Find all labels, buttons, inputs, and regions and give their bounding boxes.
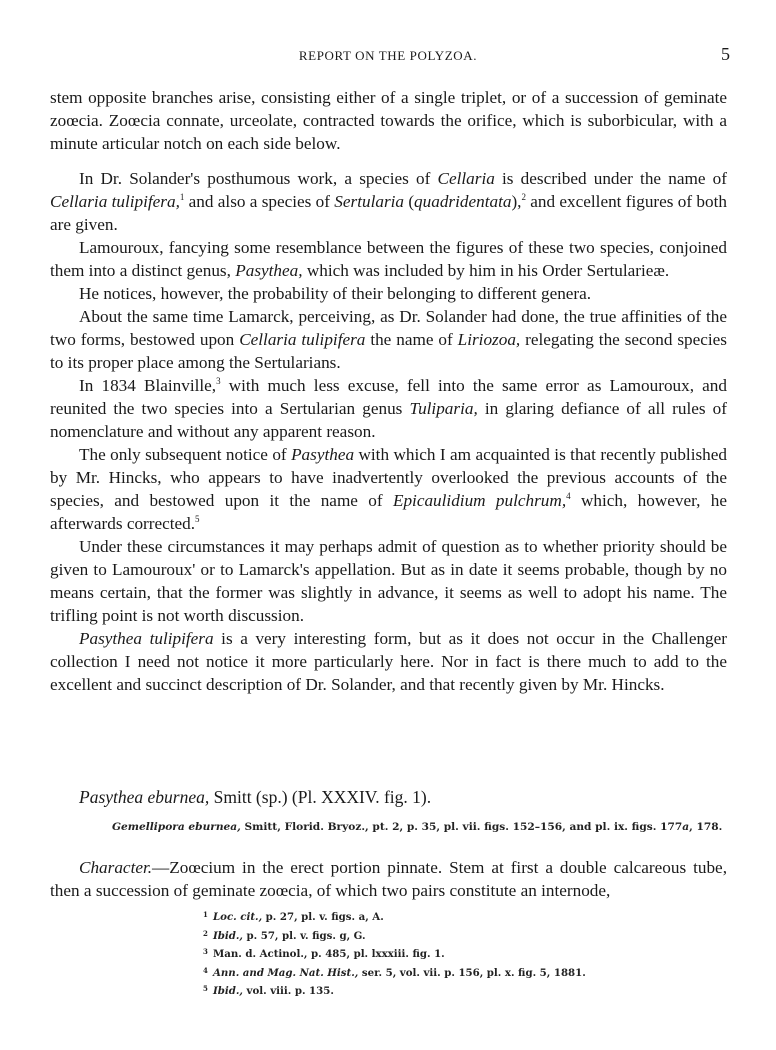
paragraph-solander: In Dr. Solander's posthumous work, a spe… (50, 167, 727, 236)
paragraph-hincks: The only subsequent notice of Pasythea w… (50, 443, 727, 535)
paragraph-continuation: stem opposite branches arise, consisting… (50, 86, 727, 155)
document-page: REPORT ON THE POLYZOA. 5 stem opposite b… (0, 0, 776, 1050)
character-description: Character.—Zoœcium in the erect portion … (50, 856, 727, 902)
paragraph-blainville: In 1834 Blainville,3 with much less excu… (50, 374, 727, 443)
paragraph-lamouroux: Lamouroux, fancying some resemblance bet… (50, 236, 727, 282)
footnote: 3Man. d. Actinol., p. 485, pl. lxxxiii. … (203, 944, 586, 963)
page-number: 5 (721, 44, 730, 65)
paragraph-lamarck: About the same time Lamarck, perceiving,… (50, 305, 727, 374)
footnote: 4Ann. and Mag. Nat. Hist., ser. 5, vol. … (203, 963, 586, 982)
paragraph-tulipifera: Pasythea tulipifera is a very interestin… (50, 627, 727, 696)
footnotes: 1Loc. cit., p. 27, pl. v. figs. a, A. 2I… (203, 907, 586, 1000)
synonymy: Gemellipora eburnea, Smitt, Florid. Bryo… (112, 818, 727, 836)
page-header: REPORT ON THE POLYZOA. 5 (0, 44, 776, 68)
paragraph-notices: He notices, however, the probability of … (50, 282, 727, 305)
footnote: 5Ibid., vol. viii. p. 135. (203, 981, 586, 1000)
paragraph-priority: Under these circumstances it may perhaps… (50, 535, 727, 627)
species-heading: Pasythea eburnea, Smitt (sp.) (Pl. XXXIV… (79, 787, 431, 808)
body-text: stem opposite branches arise, consisting… (50, 86, 727, 696)
running-head: REPORT ON THE POLYZOA. (0, 48, 776, 64)
footnote: 1Loc. cit., p. 27, pl. v. figs. a, A. (203, 907, 586, 926)
footnote: 2Ibid., p. 57, pl. v. figs. g, G. (203, 926, 586, 945)
footnote-ref[interactable]: 5 (195, 514, 200, 524)
